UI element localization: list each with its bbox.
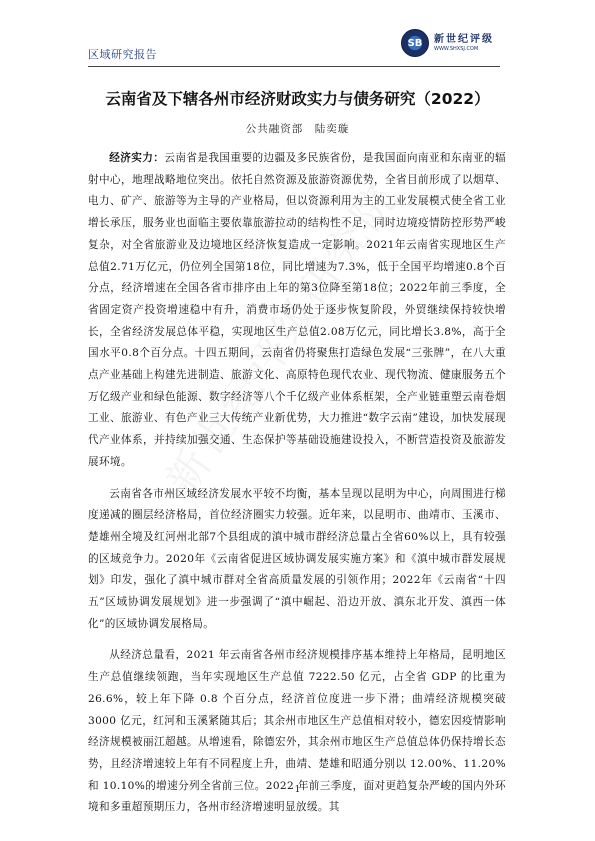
paragraph-regional-balance: 云南省各市州区域经济发展水平较不均衡，基本呈现以昆明为中心，向周围进行梯度递减的… [88,484,506,636]
paragraph-text: 云南省是我国重要的边疆及多民族省份，是我国面向南亚和东南亚的辐射中心，地理战略地… [88,152,506,468]
logo-url: WWW.SHXSJ.COM [434,47,494,52]
paragraph-economic-strength: 经济实力：云南省是我国重要的边疆及多民族省份，是我国面向南亚和东南亚的辐射中心，… [88,148,506,474]
author-line: 公共融资部 陆奕璇 [0,121,595,136]
document-body: 经济实力：云南省是我国重要的边疆及多民族省份，是我国面向南亚和东南亚的辐射中心，… [88,148,506,829]
paragraph-lead: 经济实力： [109,152,164,164]
section-label: 区域研究报告 [88,46,157,62]
brand-logo: SB 新世纪评级 WWW.SHXSJ.COM [401,28,494,58]
page-header: 区域研究报告 SB 新世纪评级 WWW.SHXSJ.COM [88,26,500,67]
paragraph-text: 云南省各市州区域经济发展水平较不均衡，基本呈现以昆明为中心，向周围进行梯度递减的… [88,488,506,630]
logo-emblem-icon: SB [401,29,429,57]
document-title: 云南省及下辖各州市经济财政实力与债务研究（2022） [0,87,595,109]
logo-text: 新世纪评级 WWW.SHXSJ.COM [434,35,494,52]
page-number: 1 [0,785,595,795]
logo-name: 新世纪评级 [434,35,494,45]
